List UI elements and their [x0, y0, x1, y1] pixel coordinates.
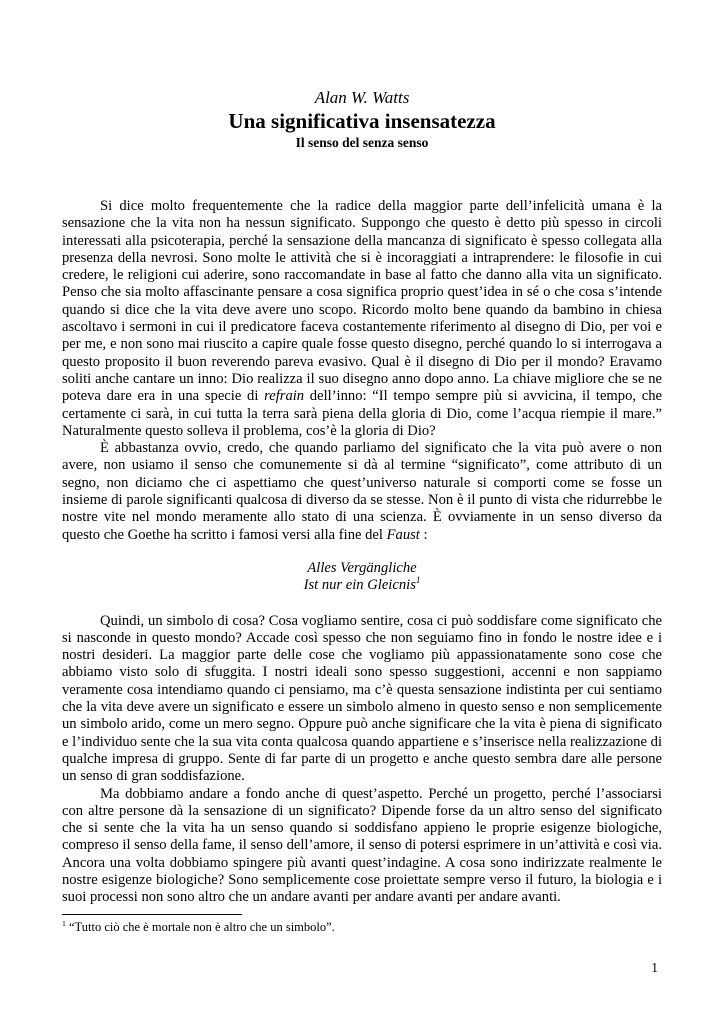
paragraphs-after-verse: Quindi, un simbolo di cosa? Cosa vogliam… [62, 613, 662, 907]
verse-line: Alles Vergängliche [62, 560, 662, 577]
verse-line: Ist nur ein Gleicnis1 [62, 577, 662, 594]
page-title: Una significativa insensatezza [62, 109, 662, 134]
footnote: 1 “Tutto ciò che è mortale non è altro c… [62, 920, 662, 935]
paragraph: È abbastanza ovvio, credo, che quando pa… [62, 440, 662, 544]
document-page: Alan W. Watts Una significativa insensat… [0, 0, 724, 1024]
document-header: Alan W. Watts Una significativa insensat… [62, 88, 662, 151]
footnote-text: “Tutto ciò che è mortale non è altro che… [69, 920, 335, 934]
paragraph: Ma dobbiamo andare a fondo anche di ques… [62, 786, 662, 907]
paragraph: Quindi, un simbolo di cosa? Cosa vogliam… [62, 613, 662, 786]
paragraphs-before-verse: Si dice molto frequentemente che la radi… [62, 198, 662, 544]
verse: Alles VergänglicheIst nur ein Gleicnis1 [62, 560, 662, 595]
footnote-separator [62, 914, 242, 915]
author: Alan W. Watts [62, 88, 662, 108]
paragraph: Si dice molto frequentemente che la radi… [62, 198, 662, 440]
footnote-marker: 1 [62, 918, 66, 927]
subtitle: Il senso del senza senso [62, 134, 662, 151]
body-text: Si dice molto frequentemente che la radi… [62, 198, 662, 907]
footnote-area: 1 “Tutto ciò che è mortale non è altro c… [62, 914, 662, 935]
verse-footnote-ref: 1 [416, 575, 421, 585]
page-number: 1 [651, 960, 658, 976]
